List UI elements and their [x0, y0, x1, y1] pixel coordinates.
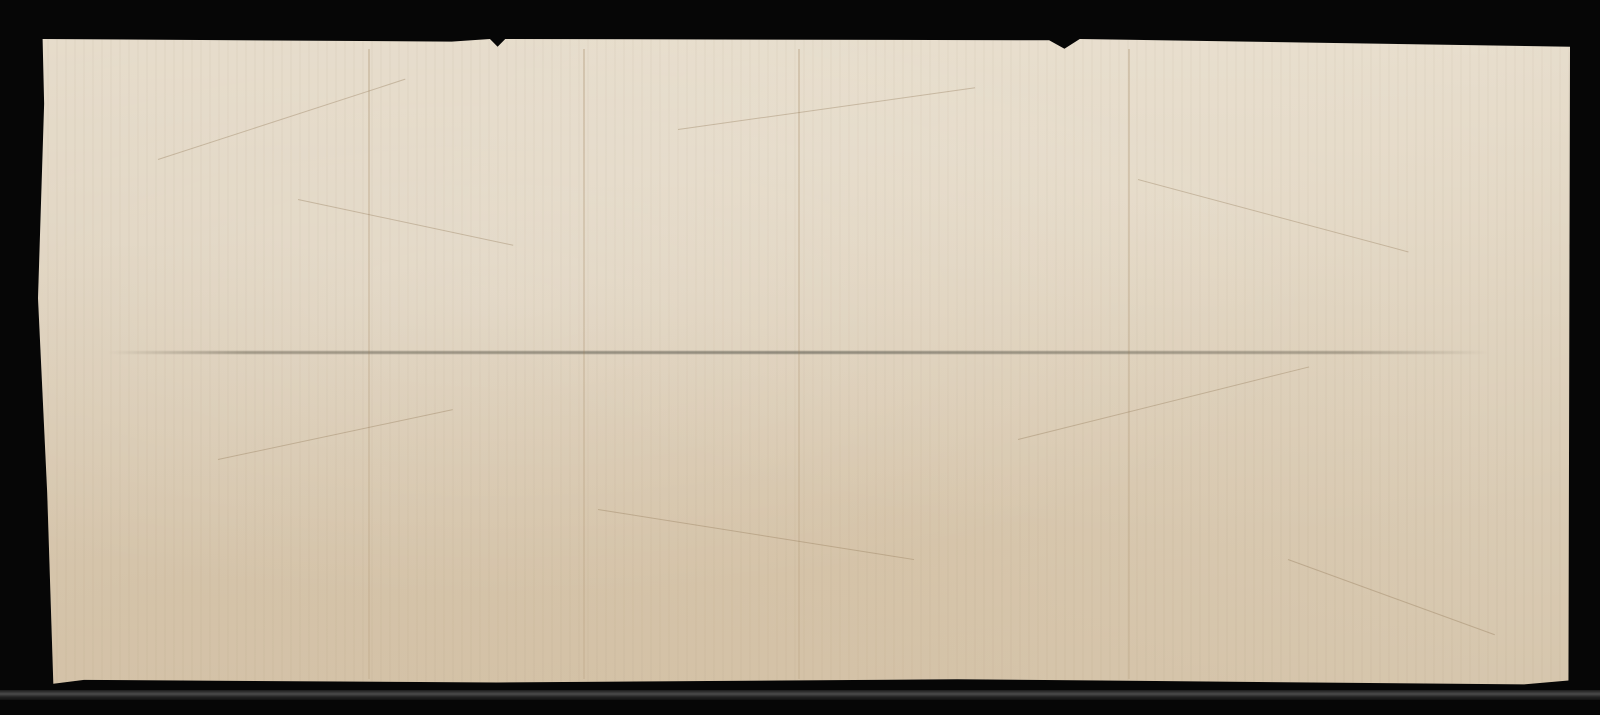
- vertical-fold-line: [798, 49, 800, 679]
- paper-crack: [598, 509, 914, 560]
- paper-crack: [678, 87, 975, 130]
- vertical-fold-line: [368, 49, 370, 679]
- paper-crack: [1018, 366, 1309, 440]
- paper-crack: [1138, 179, 1409, 252]
- scanner-frame-edge: [0, 690, 1600, 700]
- vertical-fold-line: [1128, 49, 1130, 679]
- paper-crack: [1288, 559, 1495, 635]
- vertical-fold-line: [583, 49, 585, 679]
- paper-crack: [298, 199, 513, 246]
- scanned-image: [0, 0, 1600, 715]
- paper-crack: [218, 409, 453, 460]
- paper-note: [38, 39, 1570, 687]
